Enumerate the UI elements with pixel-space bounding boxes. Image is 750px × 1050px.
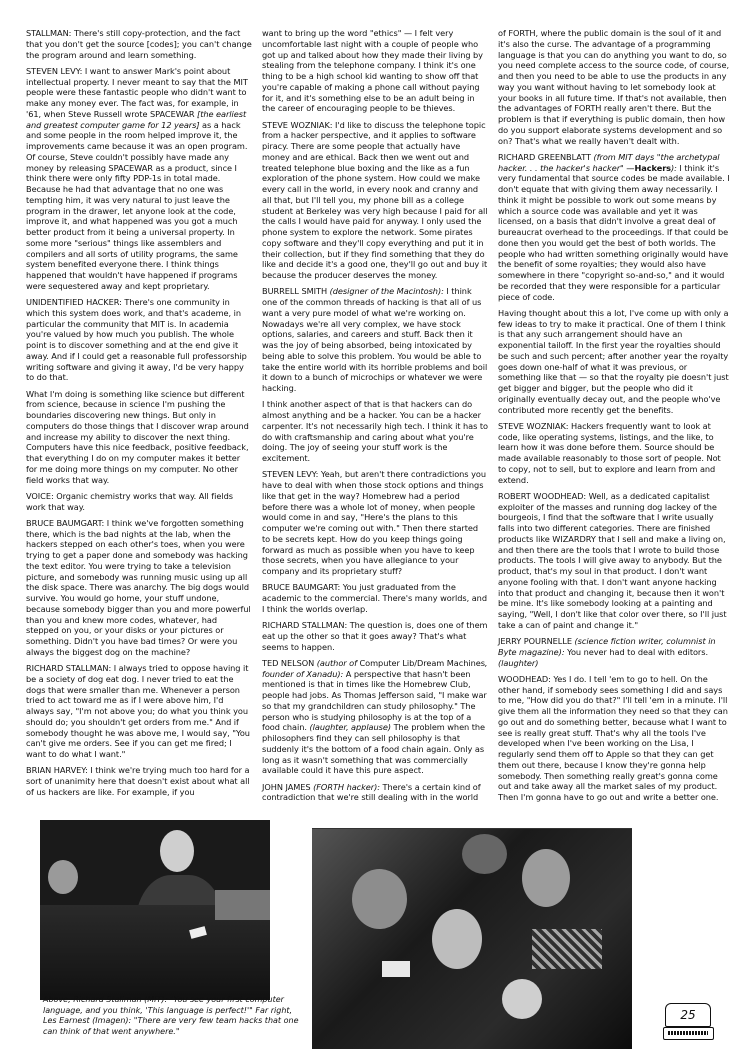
speaker-name: BRIAN HARVEY: xyxy=(26,765,88,775)
paragraph: ROBERT WOODHEAD: Well, as a dedicated ca… xyxy=(498,491,730,631)
speaker-credit: (FORTH hacker): xyxy=(311,782,380,792)
speech: Well, as a dedicated capitalist exploite… xyxy=(498,491,727,630)
paragraph: WOODHEAD: Yes I do. I tell 'em to go to … xyxy=(498,674,730,803)
speaker-name: RICHARD STALLMAN: xyxy=(262,620,347,630)
photo-richard-stallman xyxy=(40,820,270,1000)
speech: I always tried to oppose having it be a … xyxy=(26,663,250,759)
paragraph: Having thought about this a lot, I've co… xyxy=(498,308,730,416)
book-title: Computer Lib/Dream Machines xyxy=(360,658,485,668)
speaker-name: ROBERT WOODHEAD: xyxy=(498,491,586,501)
paragraph: RICHARD STALLMAN: The question is, does … xyxy=(262,620,488,652)
speaker-name: VOICE: xyxy=(26,491,54,501)
speaker-name: STALLMAN: xyxy=(26,28,71,38)
speech: want to bring up the word "ethics" — I f… xyxy=(262,28,483,113)
paragraph: What I'm doing is something like science… xyxy=(26,389,252,486)
paragraph: STEVEN LEVY: I want to answer Mark's poi… xyxy=(26,66,252,292)
book-title: Hackers xyxy=(634,163,671,173)
speaker-name: UNIDENTIFIED HACKER: xyxy=(26,297,122,307)
speaker-name: JERRY POURNELLE xyxy=(498,636,572,646)
speech: Yes I do. I tell 'em to go to hell. On t… xyxy=(498,674,728,802)
text-column-1: STALLMAN: There's still copy-protection,… xyxy=(26,28,252,803)
speaker-name: JOHN JAMES xyxy=(262,782,311,792)
speaker-name: BRUCE BAUMGART: xyxy=(26,518,104,528)
paragraph: want to bring up the word "ethics" — I f… xyxy=(262,28,488,114)
speech: of FORTH, where the public domain is the… xyxy=(498,28,729,146)
page-number: 25 xyxy=(665,1003,711,1027)
speech: I'd like to discuss the telephone topic … xyxy=(262,120,488,281)
paragraph: JOHN JAMES (FORTH hacker): There's a cer… xyxy=(262,782,488,804)
speaker-name: TED NELSON xyxy=(262,658,314,668)
paragraph: RICHARD GREENBLATT (from MIT days "the a… xyxy=(498,152,730,303)
speaker-name: BURRELL SMITH xyxy=(262,286,327,296)
speaker-name: RICHARD GREENBLATT xyxy=(498,152,591,162)
keyboard-icon xyxy=(663,1027,714,1040)
speaker-name: STEVEN LEVY: xyxy=(26,66,82,76)
speaker-credit: (author of xyxy=(314,658,359,668)
speaker-name: STEVE WOZNIAK: xyxy=(262,120,332,130)
speech: There's one community in which this syst… xyxy=(26,297,247,382)
photo-les-earnest-crowd xyxy=(312,828,632,1049)
paragraph: of FORTH, where the public domain is the… xyxy=(498,28,730,146)
speaker-credit: (designer of the Macintosh): xyxy=(327,286,444,296)
paragraph: UNIDENTIFIED HACKER: There's one communi… xyxy=(26,297,252,383)
paragraph: RICHARD STALLMAN: I always tried to oppo… xyxy=(26,663,252,760)
paragraph: BRUCE BAUMGART: You just graduated from … xyxy=(262,582,488,614)
speech: You never had to deal with editors. xyxy=(565,647,709,657)
speech: Having thought about this a lot, I've co… xyxy=(498,308,729,415)
text-column-2: want to bring up the word "ethics" — I f… xyxy=(262,28,488,809)
paragraph: JERRY POURNELLE (science fiction writer,… xyxy=(498,636,730,668)
paragraph: VOICE: Organic chemistry works that way.… xyxy=(26,491,252,513)
speaker-name: WOODHEAD: xyxy=(498,674,551,684)
paragraph: I think another aspect of that is that h… xyxy=(262,399,488,464)
speech: Yeah, but aren't there contradictions yo… xyxy=(262,469,486,576)
speech: I think one of the common threads of hac… xyxy=(262,286,487,393)
paragraph: TED NELSON (author of Computer Lib/Dream… xyxy=(262,658,488,776)
speaker-name: STEVEN LEVY: xyxy=(262,469,318,479)
speech: Organic chemistry works that way. All fi… xyxy=(26,491,233,512)
speech: as a hack and some people in the room he… xyxy=(26,120,247,291)
speech: I think we've forgotten something there,… xyxy=(26,518,251,657)
paragraph: STEVE WOZNIAK: I'd like to discuss the t… xyxy=(262,120,488,281)
paragraph: BRIAN HARVEY: I think we're trying much … xyxy=(26,765,252,797)
paragraph: STALLMAN: There's still copy-protection,… xyxy=(26,28,252,60)
editorial-note: (laughter, applause) xyxy=(309,722,391,732)
speaker-name: BRUCE BAUMGART: xyxy=(262,582,340,592)
speech: I think it's very fundamental that sourc… xyxy=(498,163,730,302)
text-column-3: of FORTH, where the public domain is the… xyxy=(498,28,730,808)
speech: I think another aspect of that is that h… xyxy=(262,399,488,463)
speech: What I'm doing is something like science… xyxy=(26,389,249,485)
paragraph: BRUCE BAUMGART: I think we've forgotten … xyxy=(26,518,252,658)
speaker-name: STEVE WOZNIAK: xyxy=(498,421,568,431)
paragraph: STEVEN LEVY: Yeah, but aren't there cont… xyxy=(262,469,488,577)
page-number-computer-icon: 25 xyxy=(663,1003,713,1043)
photo-caption: Above, Richard Stallman (MIT): "You see … xyxy=(43,995,308,1037)
paragraph: STEVE WOZNIAK: Hackers frequently want t… xyxy=(498,421,730,486)
paragraph: BURRELL SMITH (designer of the Macintosh… xyxy=(262,286,488,394)
speaker-name: RICHARD STALLMAN: xyxy=(26,663,111,673)
editorial-note: (laughter) xyxy=(498,658,538,668)
